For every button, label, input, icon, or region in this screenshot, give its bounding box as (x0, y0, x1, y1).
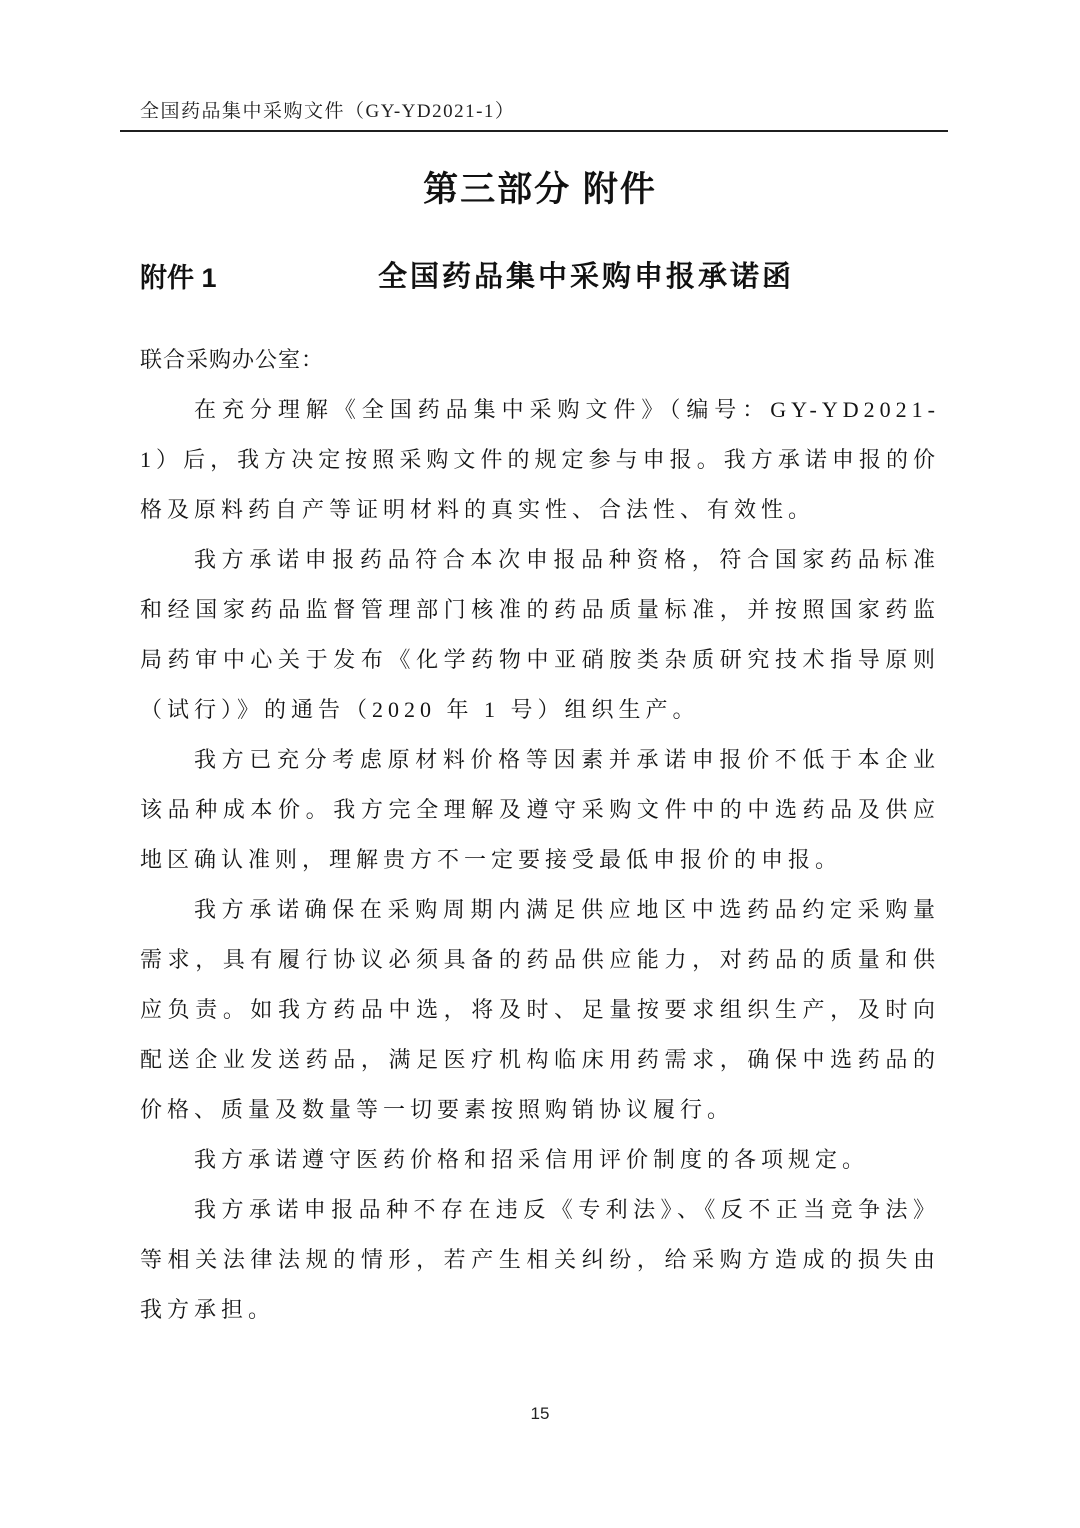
salutation: 联合采购办公室： (140, 335, 940, 385)
paragraph-4: 我方承诺确保在采购周期内满足供应地区中选药品约定采购量需求，具有履行协议必须具备… (140, 885, 940, 1135)
paragraph-2: 我方承诺申报药品符合本次申报品种资格，符合国家药品标准和经国家药品监督管理部门核… (140, 535, 940, 735)
paragraph-5: 我方承诺遵守医药价格和招采信用评价制度的各项规定。 (140, 1135, 940, 1185)
page-footer: 15 (0, 1404, 1080, 1424)
document-page: 全国药品集中采购文件（GY-YD2021-1） 第三部分 附件 附件 1 全国药… (0, 0, 1080, 1528)
paragraph-1: 在充分理解《全国药品集中采购文件》（编号：GY-YD2021-1）后，我方决定按… (140, 385, 940, 535)
header-rule (120, 130, 948, 132)
attachment-label: 附件 1 (140, 256, 217, 295)
section-title: 第三部分 附件 (0, 162, 1080, 212)
paragraph-3: 我方已充分考虑原材料价格等因素并承诺申报价不低于本企业该品种成本价。我方完全理解… (140, 735, 940, 885)
header-doc-code: 全国药品集中采购文件（GY-YD2021-1） (140, 101, 515, 122)
paragraph-6: 我方承诺申报品种不存在违反《专利法》、《反不正当竞争法》等相关法律法规的情形，若… (140, 1185, 940, 1335)
page-header: 全国药品集中采购文件（GY-YD2021-1） (140, 96, 515, 123)
document-body: 联合采购办公室： 在充分理解《全国药品集中采购文件》（编号：GY-YD2021-… (140, 335, 940, 1335)
page-number: 15 (531, 1404, 550, 1423)
attachment-title: 全国药品集中采购申报承诺函 (378, 254, 794, 295)
